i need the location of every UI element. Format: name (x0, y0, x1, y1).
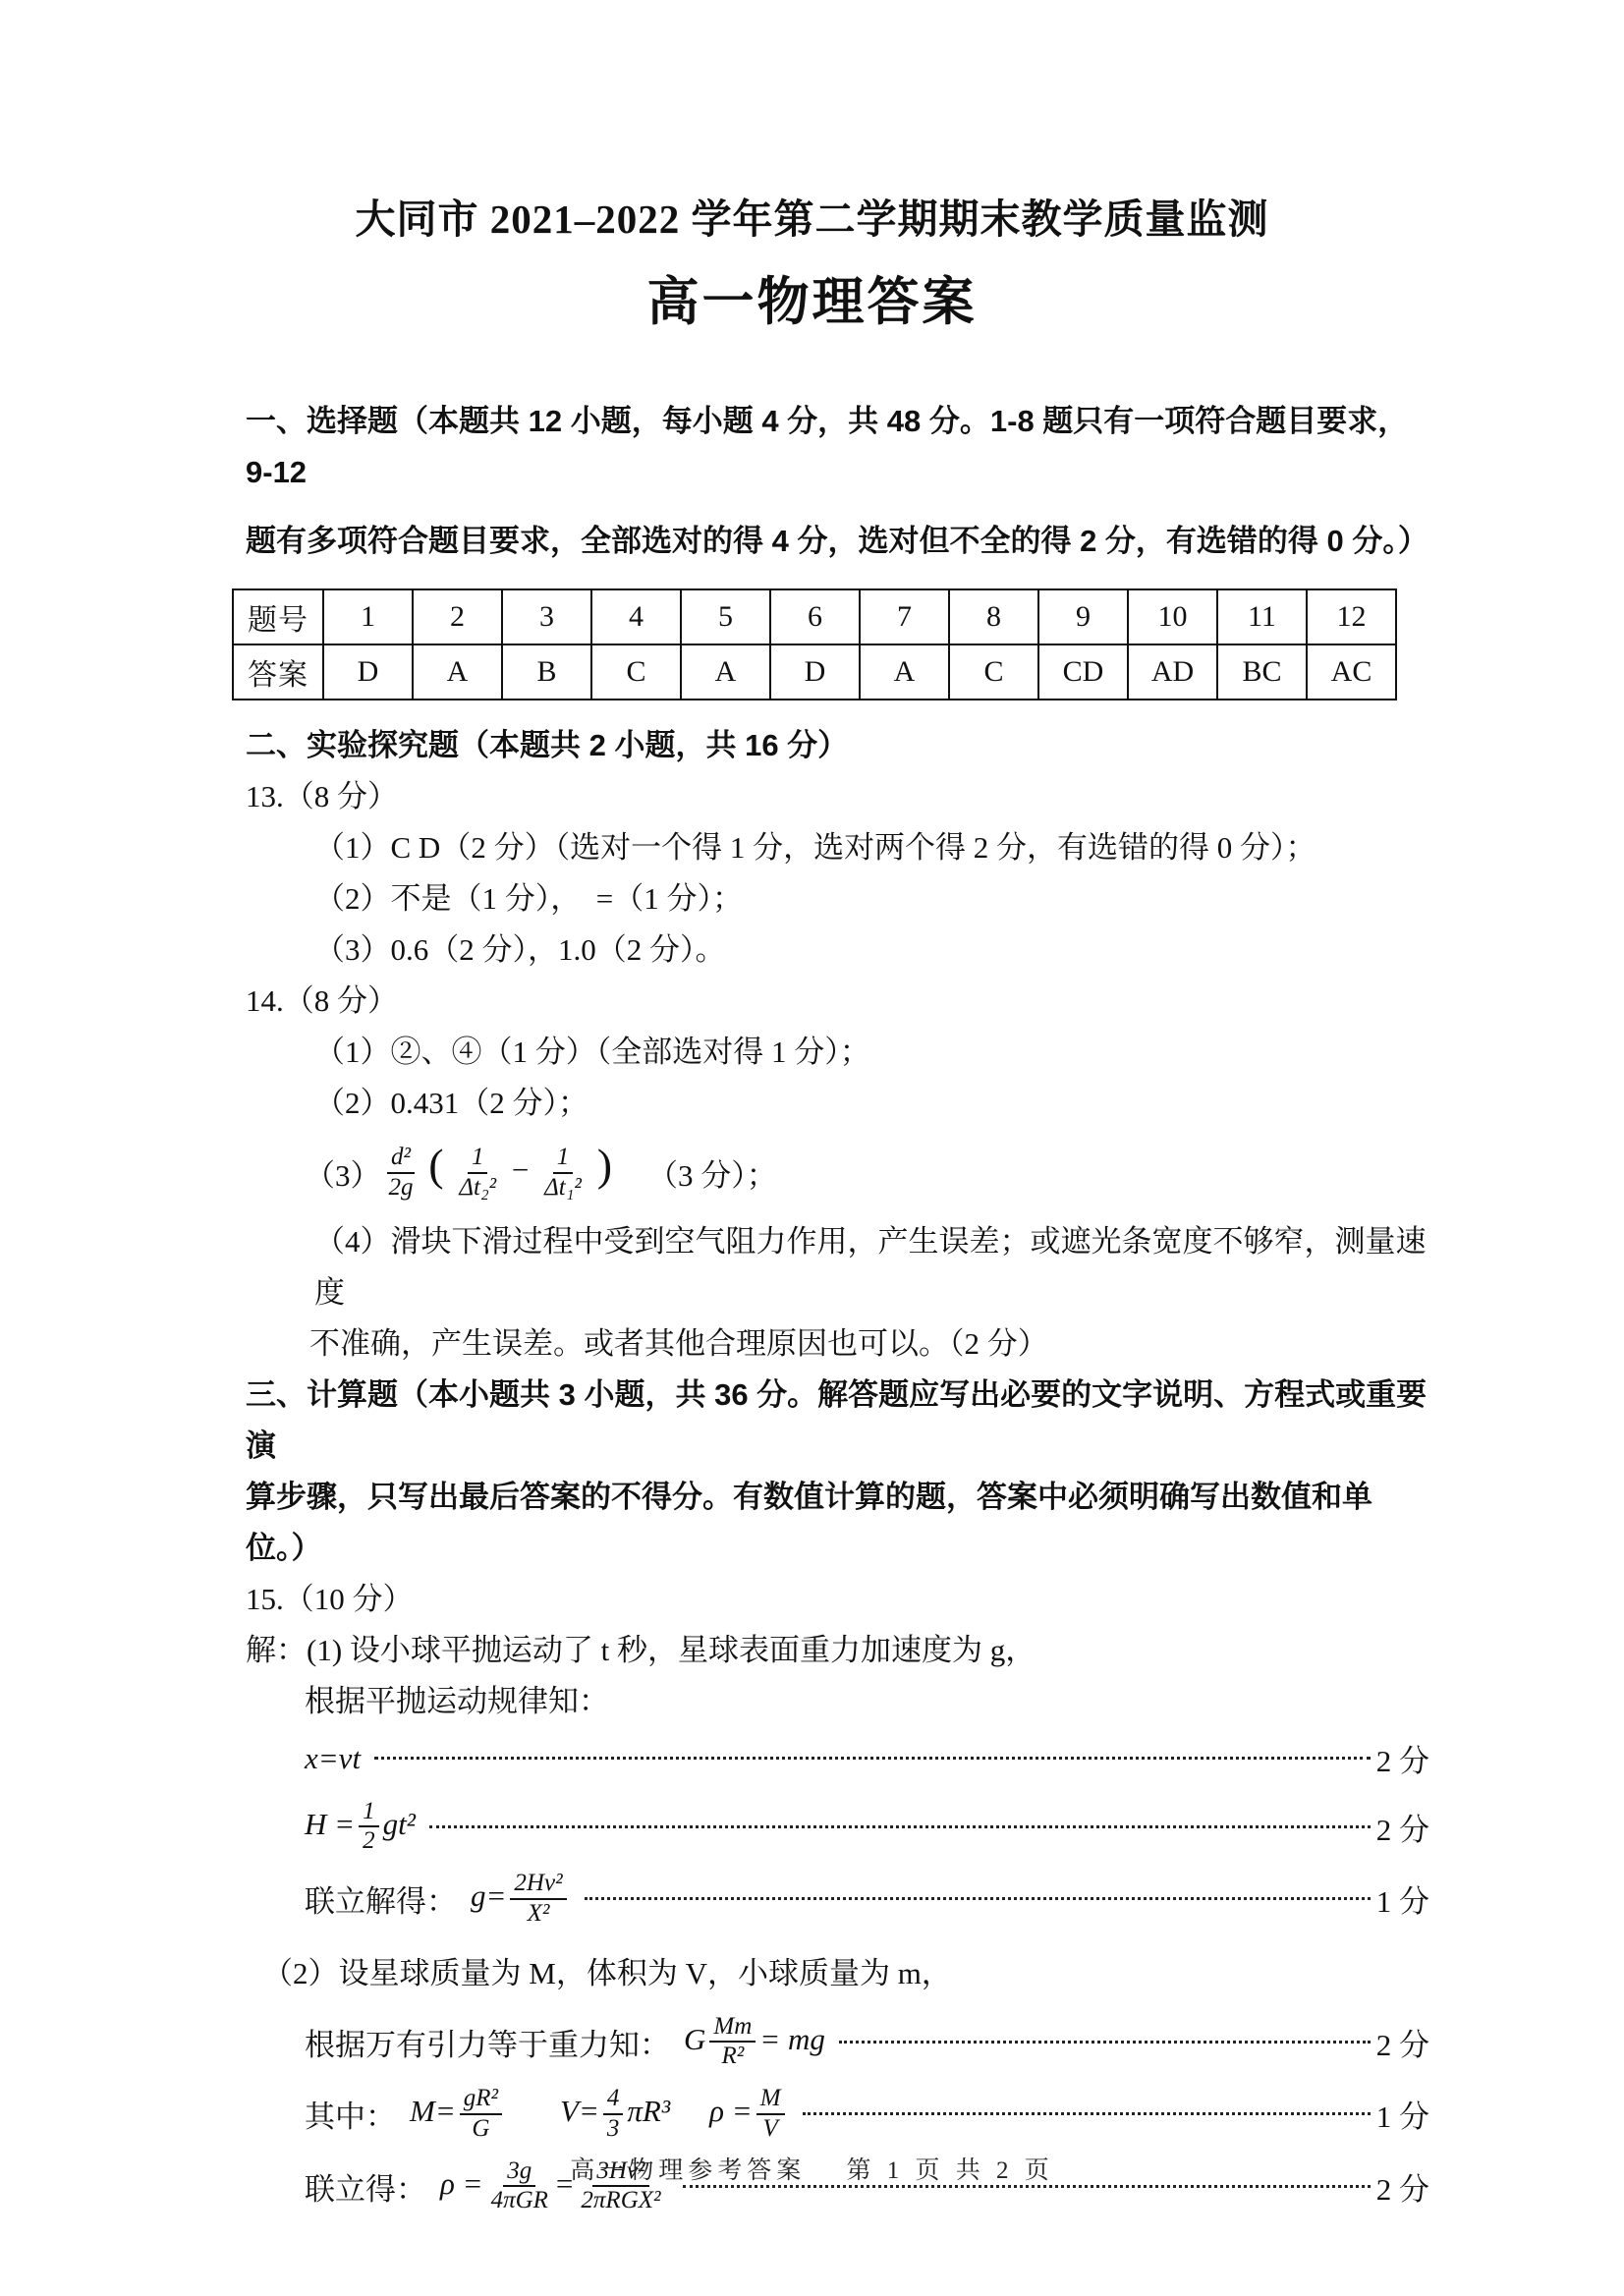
answer-table-answer-row: 答案 D A B C A D A C CD AD BC AC (233, 644, 1396, 700)
answer-cell: A (681, 644, 770, 700)
answer-table-answer-label: 答案 (233, 644, 323, 700)
dotted-leader (374, 1757, 1371, 1760)
question-number-cell: 9 (1038, 589, 1128, 644)
q13-item2: （2）不是（1 分）， =（1 分）； (246, 873, 1429, 924)
answer-cell: B (502, 644, 591, 700)
minus-sign: − (512, 1152, 529, 1187)
equation-x-vt-points: 2 分 (1376, 1736, 1429, 1780)
equation-h-half-gt2: H =12gt² 2 分 (246, 1798, 1429, 1857)
section3-heading-line2: 算步骤，只写出最后答案的不得分。有数值计算的题，答案中必须明确写出数值和单位。） (246, 1472, 1429, 1574)
answer-cell: D (770, 644, 860, 700)
fraction-d2-over-2g: d² 2g (385, 1144, 418, 1203)
fraction-mm-over-r2: MmR² (709, 2013, 756, 2072)
q13-number: 13.（8 分） (246, 771, 1429, 822)
answer-cell: C (949, 644, 1038, 700)
section1-heading-line1: 一、选择题（本题共 12 小题，每小题 4 分，共 48 分。1-8 题只有一项… (246, 396, 1429, 498)
q14-item3-formula: （3） d² 2g ( 1 Δt₂² − 1 Δt₁² ) （3 分）； (246, 1143, 1429, 1203)
answer-cell: A (860, 644, 949, 700)
equation-definitions-points: 1 分 (1376, 2092, 1429, 2136)
question-number-cell: 5 (681, 589, 770, 644)
question-number-cell: 3 (502, 589, 591, 644)
answer-cell: A (413, 644, 502, 700)
question-number-cell: 6 (770, 589, 860, 644)
equation-gravity-label: 根据万有引力等于重力知： (305, 2020, 670, 2064)
equation-gravity-math: GMmR²= mg (684, 2013, 825, 2072)
answer-table-number-row: 题号 1 2 3 4 5 6 7 8 9 10 11 12 (233, 589, 1396, 644)
close-paren: ) (597, 1140, 612, 1190)
fraction-m-over-v: MV (756, 2085, 785, 2144)
equation-gravity-points: 2 分 (1376, 2020, 1429, 2064)
fraction-1-over-2: 12 (359, 1798, 379, 1857)
fraction-4-over-3: 43 (603, 2085, 624, 2144)
document-header: 大同市 2021–2022 学年第二学期期末教学质量监测 高一物理答案 (0, 0, 1624, 335)
equation-x-vt-math: x=vt (305, 1741, 361, 1776)
fraction-1-over-dt1sq: 1 Δt₁² (540, 1144, 586, 1203)
question-number-cell: 4 (591, 589, 681, 644)
q15-solve-line2: 根据平抛运动规律知： (246, 1676, 1429, 1727)
density-formula: ρ =MV (709, 2085, 788, 2144)
question-number-cell: 7 (860, 589, 949, 644)
fraction-gr2-over-g: gR²G (460, 2085, 502, 2144)
open-paren: ( (428, 1140, 443, 1190)
q14-item1: （1）②、④（1 分）（全部选对得 1 分）； (246, 1027, 1429, 1078)
document-subtitle: 高一物理答案 (0, 260, 1624, 335)
question-number-cell: 8 (949, 589, 1038, 644)
answer-cell: CD (1038, 644, 1128, 700)
q14-number: 14.（8 分） (246, 976, 1429, 1027)
q14-item3-prefix: （3） (305, 1150, 381, 1195)
q14-item2: （2）0.431（2 分）； (246, 1078, 1429, 1129)
dotted-leader (803, 2112, 1371, 2115)
q15-solve-line1: 解：(1) 设小球平抛运动了 t 秒，星球表面重力加速度为 g， (246, 1625, 1429, 1676)
dotted-leader (429, 1825, 1371, 1828)
q14-item3-points: （3 分）； (647, 1150, 777, 1195)
question-number-cell: 1 (323, 589, 413, 644)
equation-definitions: 其中： M=gR²G V=43πR³ ρ =MV 1 分 (246, 2085, 1429, 2144)
question-number-cell: 10 (1128, 589, 1217, 644)
section3-heading-line1: 三、计算题（本小题共 3 小题，共 36 分。解答题应写出必要的文字说明、方程式… (246, 1370, 1429, 1472)
q14-item4-line2: 不准确，产生误差。或者其他合理原因也可以。（2 分） (246, 1318, 1429, 1370)
equation-gravity: 根据万有引力等于重力知： GMmR²= mg 2 分 (246, 2013, 1429, 2072)
q15-part2-line: （2）设星球质量为 M，体积为 V，小球质量为 m， (246, 1948, 1429, 1999)
question-number-cell: 2 (413, 589, 502, 644)
page-footer: 高一物理参考答案 第 1 页 共 2 页 (0, 2151, 1624, 2186)
q14-item4-line1: （4）滑块下滑过程中受到空气阻力作用，产生误差；或遮光条宽度不够窄，测量速度 (246, 1216, 1429, 1318)
q14-item3-math: d² 2g ( 1 Δt₂² − 1 Δt₁² ) (381, 1143, 613, 1203)
answer-table-header-label: 题号 (233, 589, 323, 644)
fraction-1-over-dt2sq: 1 Δt₂² (455, 1144, 500, 1203)
document-title: 大同市 2021–2022 学年第二学期期末教学质量监测 (0, 187, 1624, 245)
answer-cell: AC (1307, 644, 1396, 700)
equation-x-vt: x=vt 2 分 (246, 1733, 1429, 1784)
equation-g-label: 联立解得： (305, 1876, 457, 1921)
answer-table: 题号 1 2 3 4 5 6 7 8 9 10 11 12 答案 D A B C… (232, 588, 1397, 700)
equation-g-math: g=2Hv²X² (471, 1870, 571, 1929)
equation-g-points: 1 分 (1376, 1876, 1429, 1921)
equation-g-solved: 联立解得： g=2Hv²X² 1 分 (246, 1870, 1429, 1929)
section1-heading-line2: 题有多项符合题目要求，全部选对的得 4 分，选对但不全的得 2 分，有选错的得 … (246, 516, 1429, 567)
equation-h-half-gt2-math: H =12gt² (305, 1798, 416, 1857)
dotted-leader (839, 2041, 1371, 2044)
fraction-2hv2-over-x2: 2Hv²X² (510, 1870, 566, 1929)
question-number-cell: 12 (1307, 589, 1396, 644)
volume-formula: V=43πR³ (560, 2085, 670, 2144)
question-number-cell: 11 (1217, 589, 1307, 644)
answer-cell: BC (1217, 644, 1307, 700)
q15-number: 15.（10 分） (246, 1574, 1429, 1625)
answer-cell: C (591, 644, 681, 700)
dotted-leader (585, 1897, 1371, 1900)
q13-item1: （1）C D（2 分）（选对一个得 1 分，选对两个得 2 分，有选错的得 0 … (246, 822, 1429, 873)
answer-cell: D (323, 644, 413, 700)
equation-definitions-label: 其中： (305, 2092, 396, 2136)
answer-cell: AD (1128, 644, 1217, 700)
document-body: 一、选择题（本题共 12 小题，每小题 4 分，共 48 分。1-8 题只有一项… (0, 396, 1624, 2215)
answer-key-page: 大同市 2021–2022 学年第二学期期末教学质量监测 高一物理答案 一、选择… (0, 0, 1624, 2296)
equation-h-points: 2 分 (1376, 1805, 1429, 1849)
q13-item3: （3）0.6（2 分），1.0（2 分）。 (246, 924, 1429, 976)
section2-heading: 二、实验探究题（本题共 2 小题，共 16 分） (246, 720, 1429, 771)
mass-formula: M=gR²G (410, 2085, 506, 2144)
